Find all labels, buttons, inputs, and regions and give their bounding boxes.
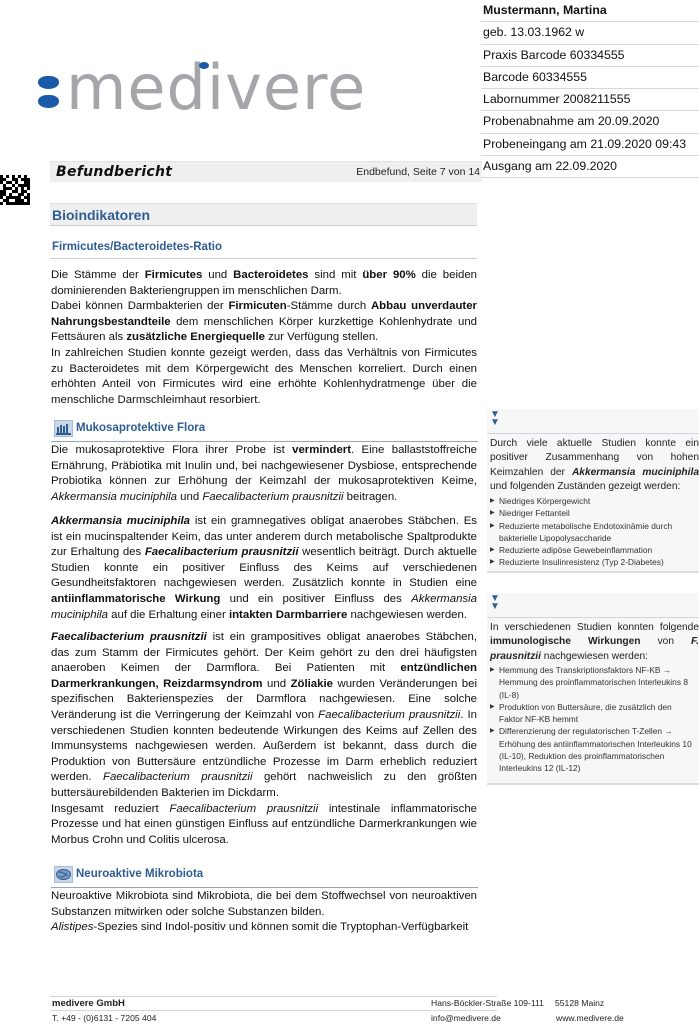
footer-phone: T. +49 - (0)6131 - 7205 404: [52, 1013, 156, 1023]
datamatrix-code-icon: [0, 175, 30, 205]
footer-street: Hans-Böckler-Straße 109-111: [431, 998, 544, 1008]
probeneingang: Probeneingang am 21.09.2020 09:43: [481, 134, 699, 156]
side-box-intro: In verschiedenen Studien konnten folgend…: [490, 621, 699, 664]
section-title: Bioindikatoren: [52, 207, 150, 223]
list-item: Reduzierte Insulinresistenz (Typ 2-Diabe…: [490, 556, 697, 568]
subsection-title: Firmicutes/Bacteroidetes-Ratio: [52, 241, 222, 253]
arrow-down-icon: ▼▼: [490, 411, 500, 427]
neuro-heading: Neuroaktive Mikrobiota: [51, 863, 478, 888]
firmicutes-paragraph: Die Stämme der Firmicutes und Bacteroide…: [51, 268, 477, 408]
barcode: Barcode 60334555: [481, 67, 699, 89]
muko-title: Mukosaprotektive Flora: [76, 422, 205, 434]
footer-city: 55128 Mainz: [555, 998, 604, 1008]
list-item: Differenzierung der regulatorischen T-Ze…: [490, 725, 697, 774]
logo-wordmark: medivere: [66, 60, 366, 116]
footer-email-link[interactable]: info@medivere.de: [431, 1013, 501, 1023]
ausgang: Ausgang am 22.09.2020: [481, 156, 699, 178]
list-item: Reduzierte metabolische Endotoxinämie du…: [490, 520, 697, 545]
bacteria-icon: [54, 420, 73, 437]
neuro-paragraph: Neuroaktive Mikrobiota sind Mikrobiota, …: [51, 889, 477, 936]
section-heading: Bioindikatoren: [50, 203, 477, 226]
medivere-logo: medivere: [38, 60, 366, 116]
footer-company: medivere GmbH: [52, 998, 125, 1009]
labornummer: Labornummer 2008211555: [481, 89, 699, 111]
patient-birth: geb. 13.03.1962 w: [481, 22, 699, 44]
report-header-bar: Befundbericht Endbefund, Seite 7 von 14: [50, 161, 482, 182]
list-item: Reduzierte adipöse Gewebeinflammation: [490, 544, 697, 556]
side-box-prausnitzii: ▼▼ In verschiedenen Studien konnten folg…: [487, 593, 699, 785]
side-box-intro: Durch viele aktuelle Studien konnte ein …: [490, 437, 699, 495]
side-box-list: Hemmung des Transkriptionsfaktors NF-KB …: [490, 664, 697, 775]
list-item: Niedriges Körpergewicht: [490, 495, 697, 507]
side-box-akkermansia: ▼▼ Durch viele aktuelle Studien konnte e…: [487, 409, 699, 573]
probenabnahme: Probenabnahme am 20.09.2020: [481, 111, 699, 133]
list-item: Produktion von Buttersäure, die zusätzli…: [490, 701, 697, 726]
list-item: Hemmung des Transkriptionsfaktors NF-KB …: [490, 664, 697, 701]
muko-heading: Mukosaprotektive Flora: [51, 417, 478, 442]
muko-paragraph-2: Akkermansia muciniphila ist ein gramnega…: [51, 514, 477, 623]
arrow-down-icon: ▼▼: [490, 595, 500, 611]
neuro-title: Neuroaktive Mikrobiota: [76, 868, 203, 880]
patient-info-box: Mustermann, Martina geb. 13.03.1962 w Pr…: [481, 0, 699, 178]
footer-web-link[interactable]: www.medivere.de: [556, 1013, 624, 1023]
praxis-barcode: Praxis Barcode 60334555: [481, 45, 699, 67]
medivere-dots-logo-icon: [38, 66, 60, 110]
muko-paragraph-3: Faecalibacterium prausnitzii ist ein gra…: [51, 630, 477, 848]
side-box-list: Niedriges Körpergewicht Niedriger Fettan…: [490, 495, 697, 569]
muko-paragraph-1: Die mukosaprotektive Flora ihrer Probe i…: [51, 443, 477, 505]
brain-icon: [54, 866, 73, 883]
page-info: Endbefund, Seite 7 von 14: [356, 166, 480, 178]
patient-name: Mustermann, Martina: [481, 0, 699, 22]
subsection-heading: Firmicutes/Bacteroidetes-Ratio: [50, 240, 477, 259]
list-item: Niedriger Fettanteil: [490, 507, 697, 519]
report-title: Befundbericht: [56, 164, 172, 180]
